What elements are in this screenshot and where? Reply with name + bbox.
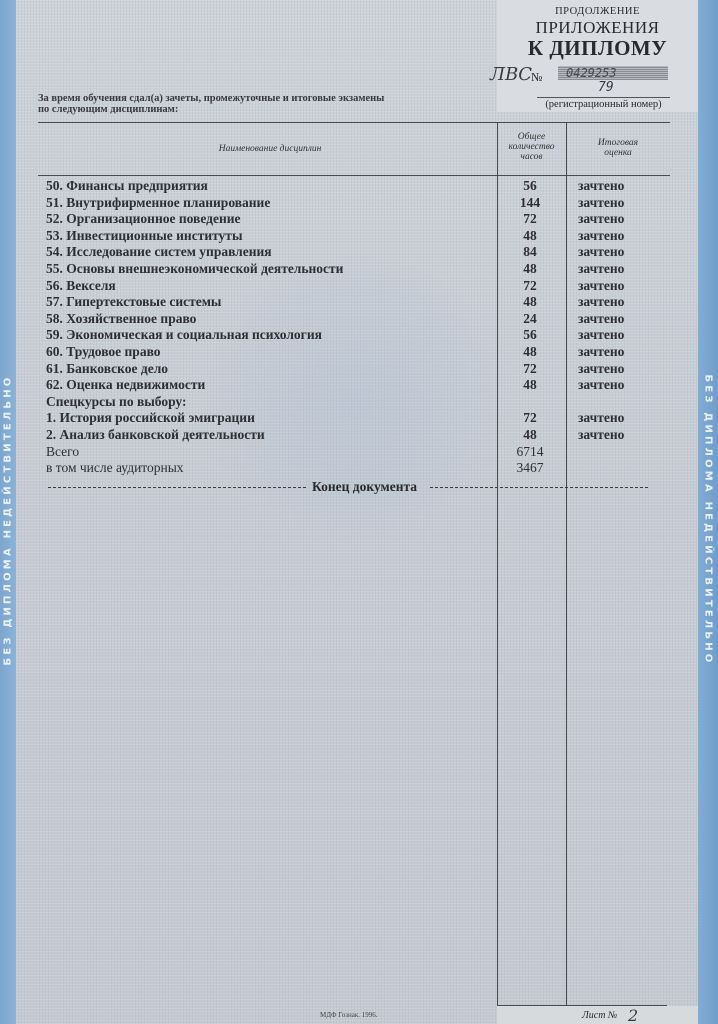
- column-header-hours: Общее количество часов: [497, 132, 566, 162]
- discipline-hours: 84: [498, 244, 562, 261]
- discipline-hours: 56: [498, 178, 562, 195]
- end-of-document-marker: Конец документа: [48, 479, 648, 495]
- hours-header-line2: количество: [497, 142, 566, 152]
- header-title-line2: К ДИПЛОМУ: [497, 36, 698, 61]
- table-row: в том числе аудиторных3467: [46, 460, 666, 477]
- discipline-hours: 48: [498, 344, 562, 361]
- discipline-hours: 48: [498, 427, 562, 444]
- discipline-name: 62. Оценка недвижимости: [46, 377, 205, 394]
- discipline-grade: зачтено: [578, 410, 624, 427]
- table-header-bottom-border: [38, 175, 670, 176]
- discipline-name: 60. Трудовое право: [46, 344, 161, 361]
- discipline-grade: зачтено: [578, 427, 624, 444]
- table-row: 50. Финансы предприятия56зачтено: [46, 178, 666, 195]
- discipline-hours: 48: [498, 377, 562, 394]
- right-security-stripe: БЕЗ ДИПЛОМА НЕДЕЙСТВИТЕЛЬНО: [698, 0, 718, 1024]
- registration-series: ЛВС: [490, 64, 532, 85]
- discipline-name: 51. Внутрифирменное планирование: [46, 195, 270, 212]
- discipline-hours: 144: [498, 195, 562, 212]
- end-of-document-text: Конец документа: [312, 479, 417, 495]
- discipline-name: 54. Исследование систем управления: [46, 244, 272, 261]
- left-security-stripe: БЕЗ ДИПЛОМА НЕДЕЙСТВИТЕЛЬНО: [0, 0, 16, 1024]
- discipline-grade: зачтено: [578, 211, 624, 228]
- header-subtitle: ПРОДОЛЖЕНИЕ: [497, 6, 698, 17]
- discipline-hours: 48: [498, 228, 562, 245]
- table-row: 59. Экономическая и социальная психологи…: [46, 327, 666, 344]
- discipline-name: 52. Организационное поведение: [46, 211, 241, 228]
- grade-header-line2: оценка: [566, 148, 670, 158]
- header-panel: ПРОДОЛЖЕНИЕ ПРИЛОЖЕНИЯ К ДИПЛОМУ: [497, 0, 698, 112]
- side-stamp-left: БЕЗ ДИПЛОМА НЕДЕЙСТВИТЕЛЬНО: [3, 375, 14, 666]
- discipline-name: 61. Банковское дело: [46, 361, 168, 378]
- discipline-hours: 6714: [498, 444, 562, 461]
- table-row: 51. Внутрифирменное планирование144зачте…: [46, 195, 666, 212]
- discipline-grade: зачтено: [578, 327, 624, 344]
- discipline-grade: зачтено: [578, 195, 624, 212]
- intro-line-2: по следующим дисциплинам:: [38, 104, 384, 115]
- discipline-name: 53. Инвестиционные институты: [46, 228, 242, 245]
- discipline-hours: 3467: [498, 460, 562, 477]
- table-row: 2. Анализ банковской деятельности48зачте…: [46, 427, 666, 444]
- dashes-right: [430, 487, 648, 488]
- discipline-name: 58. Хозяйственное право: [46, 311, 196, 328]
- table-row: Всего6714: [46, 444, 666, 461]
- registration-underline: [537, 97, 670, 98]
- discipline-grade: зачтено: [578, 344, 624, 361]
- table-row: 56. Векселя72зачтено: [46, 278, 666, 295]
- sheet-number: 2: [628, 1006, 638, 1024]
- registration-suffix: 79: [598, 80, 614, 95]
- hours-header-line1: Общее: [497, 132, 566, 142]
- discipline-name: 1. История российской эмиграции: [46, 410, 255, 427]
- hours-header-line3: часов: [497, 152, 566, 162]
- header-title-line1: ПРИЛОЖЕНИЯ: [497, 18, 698, 38]
- table-row: 53. Инвестиционные институты48зачтено: [46, 228, 666, 245]
- discipline-name: 2. Анализ банковской деятельности: [46, 427, 265, 444]
- discipline-hours: 72: [498, 410, 562, 427]
- column-header-grade: Итоговая оценка: [566, 138, 670, 158]
- discipline-name: 55. Основы внешнеэкономической деятельно…: [46, 261, 343, 278]
- intro-line-1: За время обучения сдал(а) зачеты, промеж…: [38, 93, 384, 104]
- discipline-name: 50. Финансы предприятия: [46, 178, 208, 195]
- printer-mark: МДФ Гознак. 1996.: [320, 1011, 377, 1019]
- discipline-hours: 56: [498, 327, 562, 344]
- table-row: 58. Хозяйственное право24зачтено: [46, 311, 666, 328]
- dashes-left: [48, 487, 306, 488]
- table-top-border: [38, 122, 670, 123]
- discipline-hours: 48: [498, 261, 562, 278]
- discipline-name: Спецкурсы по выбору:: [46, 394, 187, 411]
- discipline-grade: зачтено: [578, 261, 624, 278]
- discipline-grade: зачтено: [578, 178, 624, 195]
- table-row: 62. Оценка недвижимости48зачтено: [46, 377, 666, 394]
- table-row: 60. Трудовое право48зачтено: [46, 344, 666, 361]
- discipline-grade: зачтено: [578, 361, 624, 378]
- discipline-grade: зачтено: [578, 311, 624, 328]
- table-row: 1. История российской эмиграции72зачтено: [46, 410, 666, 427]
- registration-number: 0429253: [558, 66, 668, 80]
- discipline-grade: зачтено: [578, 294, 624, 311]
- side-stamp-right: БЕЗ ДИПЛОМА НЕДЕЙСТВИТЕЛЬНО: [703, 375, 714, 666]
- intro-text: За время обучения сдал(а) зачеты, промеж…: [38, 93, 384, 115]
- table-row: 57. Гипертекстовые системы48зачтено: [46, 294, 666, 311]
- discipline-hours: 72: [498, 278, 562, 295]
- table-row: Спецкурсы по выбору:: [46, 394, 666, 411]
- discipline-name: 59. Экономическая и социальная психологи…: [46, 327, 322, 344]
- registration-caption: (регистрационный номер): [537, 99, 670, 110]
- discipline-hours: 72: [498, 211, 562, 228]
- discipline-grade: зачтено: [578, 228, 624, 245]
- registration-number-label: №: [531, 70, 542, 85]
- table-row: 54. Исследование систем управления84зачт…: [46, 244, 666, 261]
- discipline-name: 56. Векселя: [46, 278, 116, 295]
- discipline-hours: 48: [498, 294, 562, 311]
- discipline-name: Всего: [46, 444, 79, 461]
- table-row: 52. Организационное поведение72зачтено: [46, 211, 666, 228]
- discipline-hours: 72: [498, 361, 562, 378]
- sheet-label: Лист №: [582, 1010, 617, 1021]
- grade-header-line1: Итоговая: [566, 138, 670, 148]
- discipline-name: 57. Гипертекстовые системы: [46, 294, 221, 311]
- discipline-name: в том числе аудиторных: [46, 460, 184, 477]
- discipline-grade: зачтено: [578, 244, 624, 261]
- table-row: 55. Основы внешнеэкономической деятельно…: [46, 261, 666, 278]
- discipline-grade: зачтено: [578, 278, 624, 295]
- discipline-hours: 24: [498, 311, 562, 328]
- column-header-name: Наименование дисциплин: [120, 144, 420, 154]
- discipline-grade: зачтено: [578, 377, 624, 394]
- table-row: 61. Банковское дело72зачтено: [46, 361, 666, 378]
